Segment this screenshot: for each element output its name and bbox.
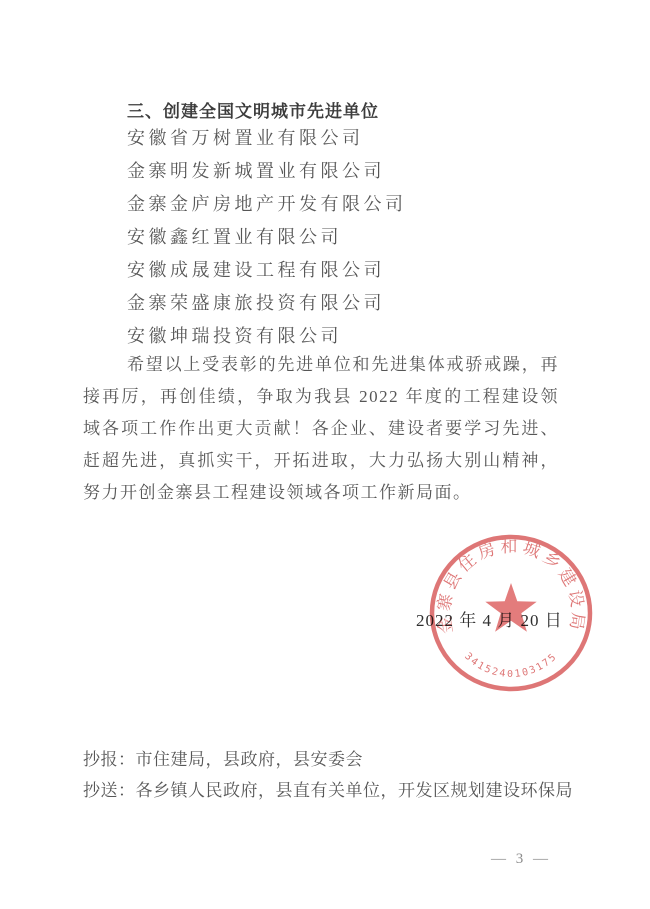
footer-distribution: 抄报：市住建局，县政府，县安委会 抄送：各乡镇人民政府，县直有关单位，开发区规划… (83, 748, 573, 810)
company-item: 金寨明发新城置业有限公司 (127, 155, 407, 188)
section-heading: 三、创建全国文明城市先进单位 (127, 97, 379, 122)
seal-star-icon (485, 583, 536, 632)
company-item: 金寨金庐房地产开发有限公司 (127, 188, 407, 221)
footer-copy-report: 抄报：市住建局，县政府，县安委会 (83, 748, 573, 772)
svg-text:3415240103175: 3415240103175 (462, 651, 560, 680)
footer-copy-send: 抄送：各乡镇人民政府，县直有关单位，开发区规划建设环保局 (83, 779, 573, 803)
seal-graphic: 金寨县住房和城乡建设局 3415240103175 (427, 532, 595, 694)
seal-code-text: 3415240103175 (462, 651, 560, 680)
company-item: 安徽省万树置业有限公司 (127, 122, 407, 155)
company-list: 安徽省万树置业有限公司 金寨明发新城置业有限公司 金寨金庐房地产开发有限公司 安… (127, 122, 407, 353)
company-item: 安徽鑫红置业有限公司 (127, 221, 407, 254)
official-seal: 金寨县住房和城乡建设局 3415240103175 (427, 532, 595, 694)
company-item: 安徽成晟建设工程有限公司 (127, 254, 407, 287)
company-item: 金寨荣盛康旅投资有限公司 (127, 287, 407, 320)
document-page: 三、创建全国文明城市先进单位 安徽省万树置业有限公司 金寨明发新城置业有限公司 … (0, 0, 650, 909)
page-number: — 3 — (491, 851, 551, 868)
closing-paragraph: 希望以上受表彰的先进单位和先进集体戒骄戒躁，再接再厉，再创佳绩，争取为我县 20… (83, 349, 559, 509)
